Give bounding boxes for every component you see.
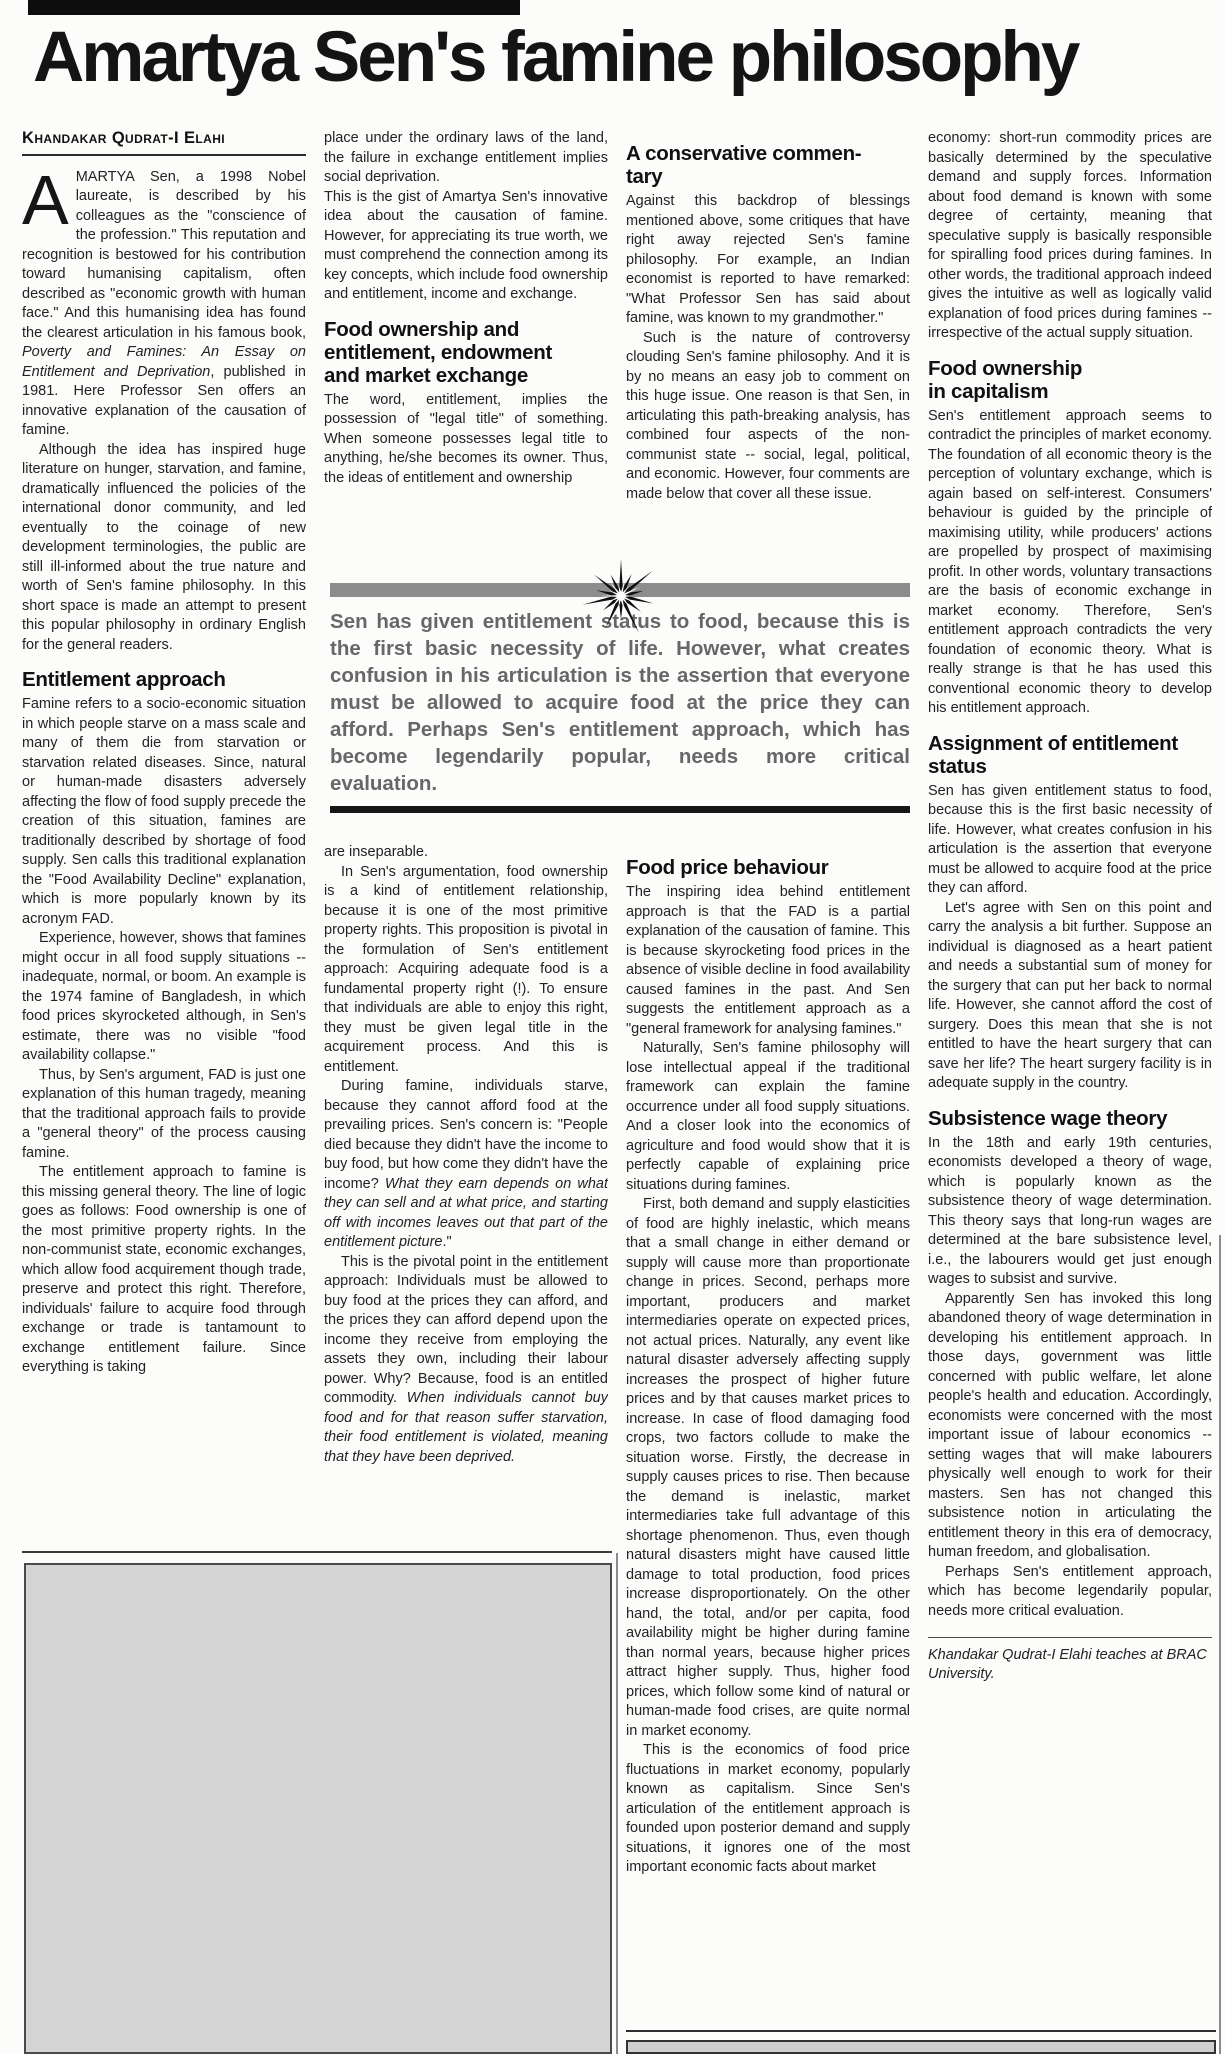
paragraph: Perhaps Sen's entitlement approach, whic… xyxy=(928,1563,1212,1622)
paragraph: Let's agree with Sen on this point and c… xyxy=(928,899,1212,1094)
column-2-upper: place under the ordinary laws of the lan… xyxy=(324,129,608,581)
photo-top-rule xyxy=(22,1551,612,1553)
paragraph: Thus, by Sen's argument, FAD is just one… xyxy=(22,1066,306,1164)
masthead-bar xyxy=(28,0,520,15)
column-3-lower: Food price behaviourThe inspiring idea b… xyxy=(626,843,910,2027)
paragraph: Against this backdrop of blessings menti… xyxy=(626,192,910,329)
paragraph: Although the idea has inspired huge lite… xyxy=(22,441,306,656)
paragraph: Such is the nature of controversy cloudi… xyxy=(626,329,910,505)
paragraph: Sen's entitlement approach seems to cont… xyxy=(928,407,1212,719)
paragraph: Sen has given entitlement status to food… xyxy=(928,782,1212,899)
column-3-upper: A conservative commen- taryAgainst this … xyxy=(626,129,910,581)
section-heading: Food ownership and entitlement, endowmen… xyxy=(324,318,608,387)
paragraph: AMARTYA Sen, a 1998 Nobel laureate, is d… xyxy=(22,168,306,441)
paragraph: This is the pivotal point in the entitle… xyxy=(324,1253,608,1468)
starburst-icon xyxy=(577,549,665,643)
paragraph: The inspiring idea behind entitlement ap… xyxy=(626,883,910,1039)
paragraph: Apparently Sen has invoked this long aba… xyxy=(928,1290,1212,1563)
byline-rule xyxy=(22,154,306,156)
paragraph: The entitlement approach to famine is th… xyxy=(22,1163,306,1378)
drop-cap: A xyxy=(22,168,76,227)
paragraph: Naturally, Sen's famine philosophy will … xyxy=(626,1039,910,1195)
byline: Khandakar Qudrat-I Elahi xyxy=(22,129,306,149)
section-heading: Food price behaviour xyxy=(626,856,910,879)
paragraph: In the 18th and early 19th centuries, ec… xyxy=(928,1134,1212,1290)
photo-placeholder xyxy=(24,1563,612,2054)
paragraph: First, both demand and supply elasticiti… xyxy=(626,1195,910,1741)
vertical-rule-right xyxy=(1219,1235,1221,2054)
column-1: Khandakar Qudrat-I Elahi AMARTYA Sen, a … xyxy=(22,129,306,1549)
paragraph: are inseparable. xyxy=(324,843,608,863)
column-2-lower: are inseparable.In Sen's argumentation, … xyxy=(324,843,608,1549)
paragraph: economy: short-run commodity prices are … xyxy=(928,129,1212,344)
paragraph: place under the ordinary laws of the lan… xyxy=(324,129,608,188)
section-heading: A conservative commen- tary xyxy=(626,142,910,188)
bottom-divider-rule xyxy=(626,2030,1216,2032)
section-heading: Entitlement approach xyxy=(22,668,306,691)
paragraph: Experience, however, shows that famines … xyxy=(22,929,306,1066)
paragraph: Famine refers to a socio-economic situat… xyxy=(22,695,306,929)
paragraph: The word, entitlement, implies the posse… xyxy=(324,391,608,489)
column-4: economy: short-run commodity prices are … xyxy=(928,129,1212,2050)
paragraph: This is the economics of food price fluc… xyxy=(626,1741,910,1878)
credit-rule xyxy=(928,1637,1212,1638)
section-heading: Assignment of entitlement status xyxy=(928,732,1212,778)
section-heading: Subsistence wage theory xyxy=(928,1107,1212,1130)
article-headline: Amartya Sen's famine philosophy xyxy=(33,20,1208,97)
pull-quote-bottom-rule xyxy=(330,806,910,813)
cropped-ad-box xyxy=(626,2040,1216,2054)
paragraph: This is the gist of Amartya Sen's innova… xyxy=(324,188,608,305)
paragraph: In Sen's argumentation, food ownership i… xyxy=(324,863,608,1078)
section-heading: Food ownership in capitalism xyxy=(928,357,1212,403)
paragraph: During famine, individuals starve, becau… xyxy=(324,1077,608,1253)
vertical-rule-left xyxy=(616,1553,618,2054)
newspaper-page: Amartya Sen's famine philosophy Khandaka… xyxy=(0,0,1225,2054)
author-credit: Khandakar Qudrat-I Elahi teaches at BRAC… xyxy=(928,1646,1212,1684)
